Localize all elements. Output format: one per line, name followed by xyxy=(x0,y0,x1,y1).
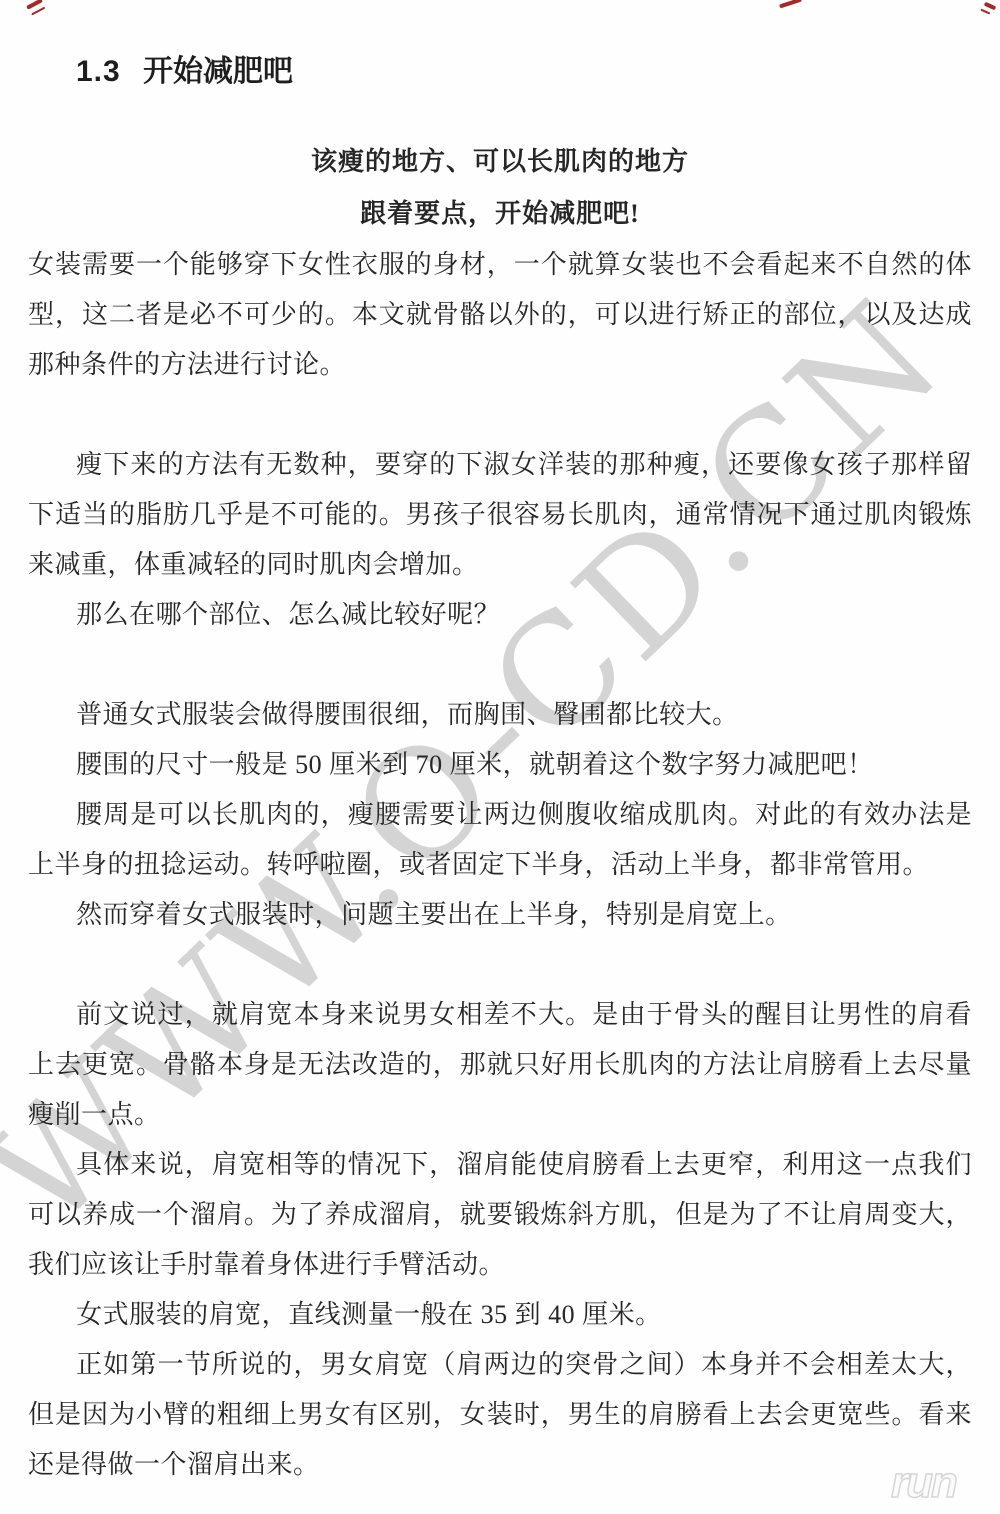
document-content: 1.3 开始减肥吧 该瘦的地方、可以长肌肉的地方 跟着要点，开始减肥吧! 女装需… xyxy=(0,0,1000,1490)
section-title: 开始减肥吧 xyxy=(143,55,293,88)
section-number: 1.3 xyxy=(76,55,121,88)
paragraph: 具体来说，肩宽相等的情况下，溜肩能使肩膀看上去更窄，利用这一点我们可以养成一个溜… xyxy=(28,1140,972,1290)
subtitle-block: 该瘦的地方、可以长肌肉的地方 跟着要点，开始减肥吧! xyxy=(0,136,1000,240)
paragraph: 普通女式服装会做得腰围很细，而胸围、臀围都比较大。 xyxy=(28,690,972,740)
paragraph: 腰围的尺寸一般是 50 厘米到 70 厘米，就朝着这个数字努力减肥吧！ xyxy=(28,740,972,790)
subtitle-line-1: 该瘦的地方、可以长肌肉的地方 xyxy=(0,136,1000,188)
paragraph: 正如第一节所说的，男女肩宽（肩两边的突骨之间）本身并不会相差太大，但是因为小臂的… xyxy=(28,1340,972,1490)
paragraph: 瘦下来的方法有无数种，要穿的下淑女洋装的那种瘦，还要像女孩子那样留下适当的脂肪几… xyxy=(28,440,972,590)
paragraph: 腰周是可以长肌肉的，瘦腰需要让两边侧腹收缩成肌肉。对此的有效办法是上半身的扭捻运… xyxy=(28,790,972,890)
body-text: 女装需要一个能够穿下女性衣服的身材，一个就算女装也不会看起来不自然的体型，这二者… xyxy=(0,240,1000,1490)
section-heading: 1.3 开始减肥吧 xyxy=(0,0,1000,90)
subtitle-line-2: 跟着要点，开始减肥吧! xyxy=(0,188,1000,240)
document-page: WWW.O-CD.CN 1.3 开始减肥吧 该瘦的地方、可以长肌肉的地方 跟着要… xyxy=(0,0,1000,1514)
paragraph: 女式服装的肩宽，直线测量一般在 35 到 40 厘米。 xyxy=(28,1290,972,1340)
paragraph: 那么在哪个部位、怎么减比较好呢？ xyxy=(28,590,972,640)
run-logo: run xyxy=(891,1458,956,1508)
paragraph: 女装需要一个能够穿下女性衣服的身材，一个就算女装也不会看起来不自然的体型，这二者… xyxy=(28,240,972,390)
paragraph: 然而穿着女式服装时，问题主要出在上半身，特别是肩宽上。 xyxy=(28,890,972,940)
paragraph: 前文说过，就肩宽本身来说男女相差不大。是由于骨头的醒目让男性的肩看上去更宽。骨骼… xyxy=(28,990,972,1140)
